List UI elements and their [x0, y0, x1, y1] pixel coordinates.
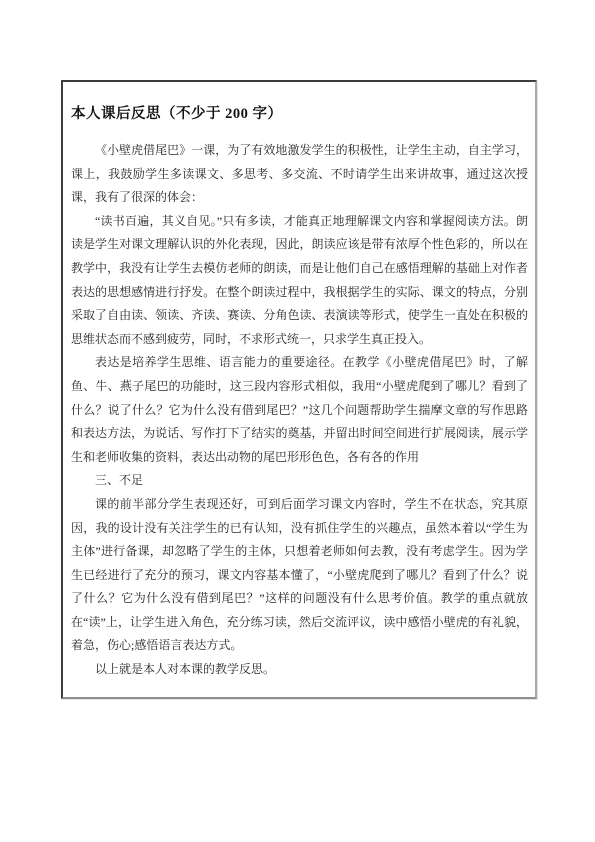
paragraph-reading: “读书百遍，其义自见。”只有多读，才能真正地理解课文内容和掌握阅读方法。朗读是学…	[71, 210, 528, 352]
paragraph-expression: 表达是培养学生思维、语言能力的重要途径。在教学《小壁虎借尾巴》时，了解鱼、牛、燕…	[71, 351, 528, 469]
reflection-title: 本人课后反思（不少于 200 字）	[71, 104, 528, 124]
reflection-table-cell: 本人课后反思（不少于 200 字） 《小壁虎借尾巴》一课，为了有效地激发学生的积…	[61, 80, 537, 699]
paragraph-closing: 以上就是本人对本课的教学反思。	[71, 658, 528, 682]
paragraph-shortcomings-body: 课的前半部分学生表现还好，可到后面学习课文内容时，学生不在状态，究其原因，我的设…	[71, 493, 528, 658]
paragraph-shortcomings-heading: 三、不足	[71, 469, 528, 493]
paragraph-intro: 《小壁虎借尾巴》一课，为了有效地激发学生的积极性，让学生主动，自主学习，课上，我…	[71, 139, 528, 210]
document-page: 本人课后反思（不少于 200 字） 《小壁虎借尾巴》一课，为了有效地激发学生的积…	[0, 0, 595, 842]
